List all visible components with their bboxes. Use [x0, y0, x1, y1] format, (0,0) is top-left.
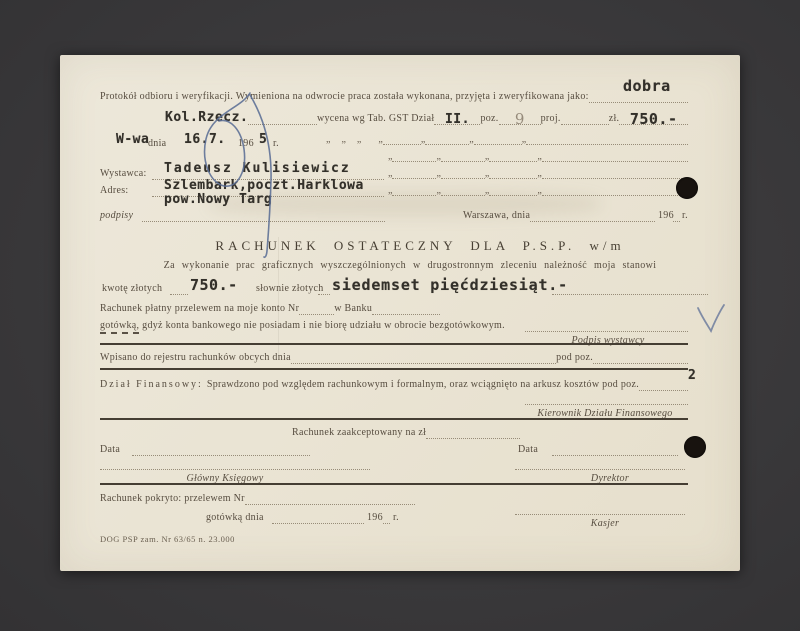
wpisano-label: Wpisano do rejestru rachunków obcych dni… [100, 352, 291, 364]
ditto-row: „ „ „ „ [388, 168, 688, 179]
adres-label: Adres: [100, 185, 128, 197]
ditto-mark: „ [341, 134, 345, 145]
dotted-line [542, 175, 688, 179]
dotted-line [392, 158, 436, 162]
konto-dotted-line [299, 311, 334, 315]
dotted-line [441, 158, 485, 162]
wpisano-dotted-line [291, 360, 556, 364]
poz-dotted-line: 9 [499, 121, 541, 125]
gotowka-underlined-word: gotówką, [100, 320, 139, 334]
podpis-wystawcy-dotted-line [525, 331, 688, 332]
zaakceptowany-row: Rachunek zaakceptowany na zł [292, 427, 520, 439]
section-rule [100, 418, 688, 420]
wpisano-row: Wpisano do rejestru rachunków obcych dni… [100, 352, 688, 364]
dotted-line [392, 175, 436, 179]
warszawa-dotted-line [530, 221, 655, 222]
dzial-typed-value: II. [445, 113, 470, 127]
section-rule [100, 368, 688, 370]
protokol-dotted-line [589, 99, 688, 103]
ditto-mark: „ [326, 134, 330, 145]
dotted-line [673, 221, 680, 222]
year-prefix-label: 196 [658, 210, 674, 222]
pokryto-label: Rachunek pokryto: przelewem Nr [100, 493, 245, 505]
print-order-info: DOG PSP zam. Nr 63/65 n. 23.000 [100, 534, 235, 544]
amount-typed-value: 750.- [630, 111, 678, 128]
ditto-mark: „ [357, 134, 361, 145]
sprawdzono-dotted-line [639, 387, 688, 391]
dotted-line [552, 294, 708, 295]
dotted-line [383, 141, 421, 145]
city-typed-value: W-wa [116, 133, 149, 147]
poz-handwritten-value: 9 [515, 112, 525, 127]
dzial-finansowy-label: Dział Finansowy: [100, 379, 203, 391]
gotowka-dnia-label: gotówką dnia [206, 512, 264, 524]
dotted-line [489, 192, 537, 196]
data-left-label: Data [100, 444, 120, 456]
warszawa-dnia-label: Warszawa, dnia [463, 210, 530, 222]
r-label: r. [393, 512, 399, 524]
date-row-ditto-zone: „ „ „ „ „ „ „ [326, 134, 688, 145]
hole-punch-bottom [684, 436, 706, 458]
r-label: r. [682, 210, 688, 222]
data-left-dotted-line [132, 455, 310, 456]
handwritten-signature [190, 80, 300, 265]
bank-label: w Banku [334, 303, 372, 315]
dotted-line [318, 294, 330, 295]
dotted-line [542, 158, 688, 162]
kwote-label: kwotę złotych [102, 283, 162, 295]
dotted-line [474, 141, 522, 145]
dotted-line [392, 192, 436, 196]
zl-label: zł. [609, 113, 620, 125]
wycena-label: wycena wg Tab. GST Dział [317, 113, 435, 125]
slownie-label: słownie złotych [256, 283, 324, 295]
glowny-ksiegowy-dotted-line [100, 469, 370, 470]
ditto-row: „ „ „ „ [388, 151, 688, 162]
dyrektor-dotted-line [515, 469, 685, 470]
konto-row: Rachunek płatny przelewem na moje konto … [100, 303, 440, 315]
dotted-line [383, 523, 390, 524]
kwota-typed-value: 750.- [190, 277, 238, 294]
ditto-row: „ „ „ „ [388, 185, 688, 196]
data-right-label: Data [518, 444, 538, 456]
dotted-line [441, 192, 485, 196]
year-prefix-label: 196 [367, 512, 383, 524]
dotted-line [489, 158, 537, 162]
gotowka-statement-rest: gdyż konta bankowego nie posiadam i nie … [139, 320, 505, 331]
pen-checkmark [690, 298, 735, 338]
form-paper-sheet: Protokół odbioru i weryfikacji. Wymienio… [60, 55, 740, 571]
zaakceptowany-dotted-line [426, 435, 520, 439]
kierownik-dotted-line [525, 404, 688, 405]
sprawdzono-label: Sprawdzono pod względem rachunkowym i fo… [207, 379, 639, 391]
scanned-document-background: { "colors": { "scanner_background": "#39… [0, 0, 800, 631]
slownie-typed-value: siedemset pięćdziesiąt.- [332, 277, 568, 294]
dotted-line [441, 175, 485, 179]
amount-dotted-line: 750.- [619, 121, 688, 125]
poz-label: poz. [480, 113, 498, 125]
podpis-wystawcy-label: Podpis wystawcy [538, 335, 678, 347]
wycena-row: Kol.Rzecz. wycena wg Tab. GST Dział II. … [100, 111, 688, 125]
zaakceptowany-label: Rachunek zaakceptowany na zł [292, 427, 426, 439]
pod-poz-dotted-line [593, 360, 688, 364]
grade-typed-value: dobra [623, 78, 671, 95]
bank-dotted-line [372, 311, 440, 315]
section-rule [100, 483, 688, 485]
dotted-line [489, 175, 537, 179]
przelew-label: Rachunek płatny przelewem na moje konto … [100, 303, 299, 315]
kasjer-label: Kasjer [565, 518, 645, 530]
gotowka-statement: gotówką, gdyż konta bankowego nie posiad… [100, 320, 505, 332]
protokol-row: Protokół odbioru i weryfikacji. Wymienio… [100, 91, 688, 103]
protokol-label: Protokół odbioru i weryfikacji. Wymienio… [100, 91, 589, 103]
gotowka-dnia-dotted-line [272, 523, 364, 524]
section-rule [100, 343, 688, 345]
proj-dotted-line [561, 121, 609, 125]
pod-poz-label: pod poz. [556, 352, 593, 364]
hole-punch-top [676, 177, 698, 199]
dzial-finansowy-row: Dział Finansowy: Sprawdzono pod względem… [100, 379, 688, 391]
dzial-dotted-line: II. [434, 121, 480, 125]
podpisy-label: podpisy [100, 210, 133, 222]
pokryto-dotted-line [245, 501, 415, 505]
dotted-line [542, 192, 688, 196]
dotted-line [526, 141, 688, 145]
kasjer-dotted-line [515, 514, 685, 515]
sprawdzono-poz-typed-value: 2 [688, 369, 696, 383]
wystawca-label: Wystawca: [100, 168, 147, 180]
data-right-dotted-line [552, 455, 678, 456]
pokryto-row: Rachunek pokryto: przelewem Nr [100, 493, 415, 505]
proj-label: proj. [541, 113, 561, 125]
dnia-label: dnia [148, 138, 166, 150]
dotted-line [425, 141, 469, 145]
dotted-line [170, 294, 188, 295]
